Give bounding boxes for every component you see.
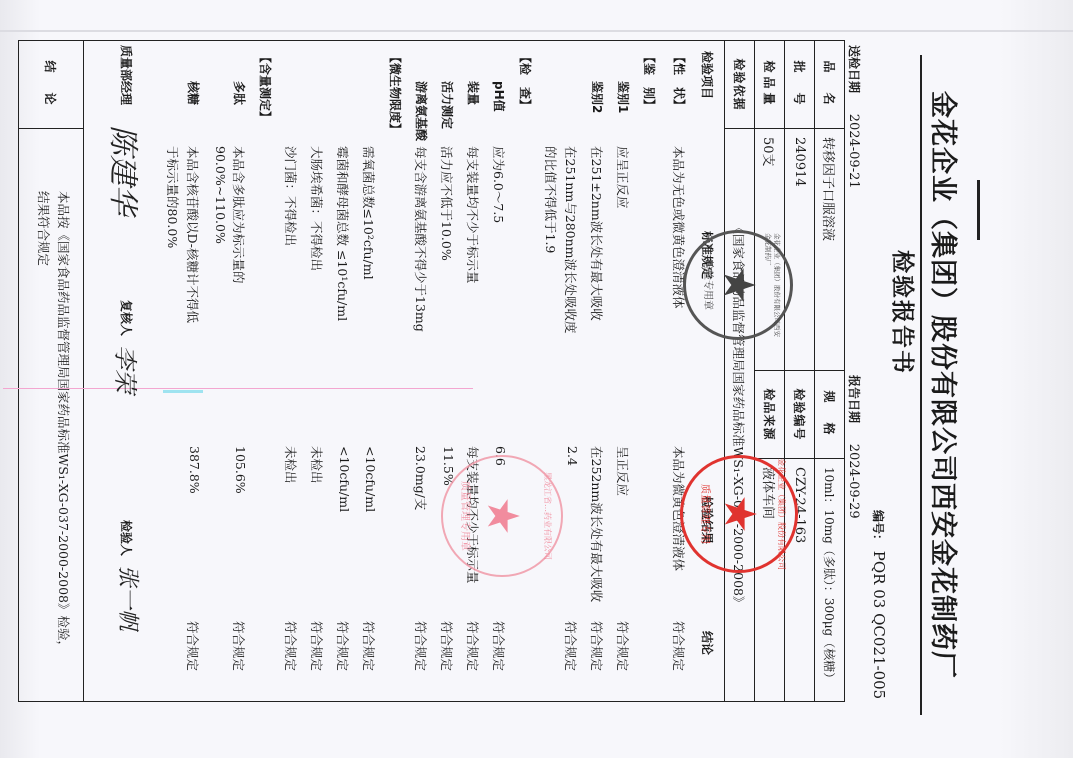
test-item-result: 23.0mg/支 [412,446,430,510]
star-icon: ★ [480,496,524,535]
test-item-result: <10cfu/ml [363,446,378,512]
test-item-standard: 应呈正反应 [614,146,632,209]
highlighter-mark [163,390,203,393]
test-item-conclusion: 符合规定 [490,621,508,671]
document-number: 编号： PQR 03 QC021-005 [870,510,888,699]
stamp-ring-text: 黑龙江省…药业有限公司 [542,472,553,560]
test-item-result: 在252nm波长处有最大吸收 [588,446,606,602]
test-item-conclusion: 符合规定 [282,621,300,671]
stamp-ring-text: 金花企业（集团）股份有限公司西安金花制药厂 [764,233,782,337]
quality-pink-stamp: 黑龙江省…药业有限公司 ★ 质量管理专用章 [441,455,563,577]
test-item-conclusion: 符合规定 [184,621,202,671]
source-label: 检品来源 [755,371,784,459]
conclusion-text: 本品按《国家食品药品监督管理局国家药品标准WS₁-XG-037-2000-200… [19,129,83,701]
test-item-result: 387.8% [187,446,202,494]
section-heading: 【性 状】 [671,51,688,111]
product-value: 转移因子口服溶液 [815,129,844,371]
stamp-bottom-text: 质量管理专用 [699,484,714,544]
test-item-conclusion: 符合规定 [308,621,326,671]
test-item-standard: 大肠埃希菌：不得检出 [308,146,326,271]
conclusion-text-line2: 结果符合规定 [33,141,53,689]
section-heading: 【含量测定】 [257,51,274,123]
inspection-no-label: 检验编号 [785,371,814,459]
conclusion-row: 结 论 本品按《国家食品药品监督管理局国家药品标准WS₁-XG-037-2000… [19,41,83,701]
batch-label: 批 号 [785,41,814,129]
test-item-conclusion: 符合规定 [464,621,482,671]
test-item-result: 未检出 [308,446,326,484]
inspector-signature: 张一帆 [114,565,145,631]
report-date-label: 报告日期 [847,375,861,423]
test-item-name: 多肽 [231,81,248,105]
qa-manager-signature: 陈建华 [104,125,148,215]
test-item-standard-cont: 的比值不得低于1.9 [542,146,560,253]
test-item-conclusion: 符合规定 [562,621,580,671]
test-item-standard: 应为6.0～7.5 [490,146,508,223]
header-dash [977,180,980,240]
inspector-label: 检验人 [118,520,135,556]
test-item-result: 未检出 [282,446,300,484]
document-title: 检验报告书 [888,250,921,375]
stamp-ring-text: 金花企业（集团）股份有限公司 [776,458,787,570]
test-item-standard: 本品含核苷酸以D-核糖计不得低 [184,146,202,323]
test-item-name: 装量 [465,81,482,105]
test-item-name: 游离氨基酸 [413,81,430,141]
document-number-value: PQR 03 QC021-005 [870,551,888,699]
test-item-conclusion: 符合规定 [334,621,352,671]
table-row-batch: 批 号 240914 检验编号 CZY-24-163 [784,41,814,701]
report-date: 报告日期 2024-09-29 [846,375,863,519]
test-item-conclusion: 符合规定 [360,621,378,671]
reviewer-label: 复核人 [118,300,135,336]
test-item-standard: 每支含游离氨基酸不得少于13mg [412,146,430,332]
quantity-label: 检品量 [755,41,784,129]
document-number-label: 编号： [871,510,885,546]
test-item-standard: 每支装量均不少于标示量 [464,146,482,284]
submit-date-label: 送检日期 [847,45,861,93]
conclusion-label: 结 论 [19,41,83,129]
test-item-result: <10cfu/ml [337,446,352,512]
test-items-section: 检验项目 标准规定 检验结果 结论 【性 状】本品为无色或微黄色澄清液体本品为微… [83,41,724,701]
test-item-standard: 在251±2nm波长处有最大吸收 [588,146,606,321]
test-item-conclusion: 符合规定 [614,621,632,671]
table-row-product: 品 名 转移因子口服溶液 规 格 10ml：10mg（多肽）：300μg（核糖） [814,41,844,701]
quality-red-stamp: 金花企业（集团）股份有限公司 ★ 质量管理专用 [680,455,798,573]
table-row-quantity: 检品量 50支 检品来源 液体车间 [754,41,784,701]
conclusion-text-line1: 本品按《国家食品药品监督管理局国家药品标准WS₁-XG-037-2000-200… [53,141,73,689]
section-heading: 【鉴 别】 [641,51,658,111]
test-item-conclusion: 符合规定 [670,621,688,671]
column-header-conclusion: 结论 [699,631,716,655]
test-item-standard: 本品含多肽应为标示量的 [230,146,248,284]
spec-label: 规 格 [815,371,844,459]
submit-date-value: 2024-09-21 [846,114,861,189]
test-item-conclusion: 符合规定 [230,621,248,671]
test-item-name: 活力测定 [439,81,456,129]
section-heading: 【微生物限度】 [387,51,404,135]
inspection-seal-stamp: 金花企业（集团）股份有限公司西安金花制药厂 ★ 检验专用章 [683,230,793,340]
test-item-conclusion: 符合规定 [412,621,430,671]
test-item-conclusion: 符合规定 [438,621,456,671]
test-item-standard-cont: 于标示量的80.0% [164,146,182,248]
test-item-standard: 在251nm与280nm波长处吸收度 [562,146,580,334]
report-date-value: 2024-09-29 [846,444,861,519]
basis-value: 《国家食品药品监督管理局国家药品标准WS₁-XG-037-2000-2008》 [725,129,754,701]
basis-label: 检验依据 [725,41,754,129]
table-row-basis: 检验依据 《国家食品药品监督管理局国家药品标准WS₁-XG-037-2000-2… [724,41,754,701]
reviewer-signature: 李荣 [110,345,145,393]
test-item-standard: 沙门菌：不得检出 [282,146,300,246]
test-item-result: 呈正反应 [614,446,632,496]
test-item-name: 鉴别2 [589,81,606,113]
scan-artifact-line [3,388,473,389]
test-item-name: 核糖 [185,81,202,105]
column-header-item: 检验项目 [699,51,716,99]
test-item-conclusion: 符合规定 [588,621,606,671]
stamp-bottom-text: 质量管理专用章 [459,481,474,551]
test-item-standard: 霉菌和酵母菌总数 ≤10¹cfu/ml [334,146,352,321]
test-item-standard: 需氧菌总数≤10²cfu/ml [360,146,378,280]
test-item-name: 鉴别1 [615,81,632,113]
batch-value: 240914 [785,129,814,371]
section-heading: 【检 查】 [517,51,534,111]
test-item-standard-cont: 90.0%~110.0% [213,146,228,244]
spec-value: 10ml：10mg（多肽）：300μg（核糖） [815,459,844,701]
test-item-result: 105.6% [233,446,248,494]
qa-manager-label: 质量部经理 [118,45,135,105]
inspection-report-page: 金花企业（集团）股份有限公司西安金花制药厂 检验报告书 编号： PQR 03 Q… [0,0,1073,758]
company-name: 金花企业（集团）股份有限公司西安金花制药厂 [920,55,965,715]
submit-date: 送检日期 2024-09-21 [846,45,863,189]
test-item-name: pH值 [491,81,508,112]
product-label: 品 名 [815,41,844,129]
stamp-bottom-text: 检验专用章 [702,260,717,310]
test-item-standard: 活力应不低于10.0% [438,146,456,261]
test-item-result: 2.4 [565,446,580,466]
star-icon: ★ [716,265,760,304]
star-icon: ★ [717,494,761,533]
